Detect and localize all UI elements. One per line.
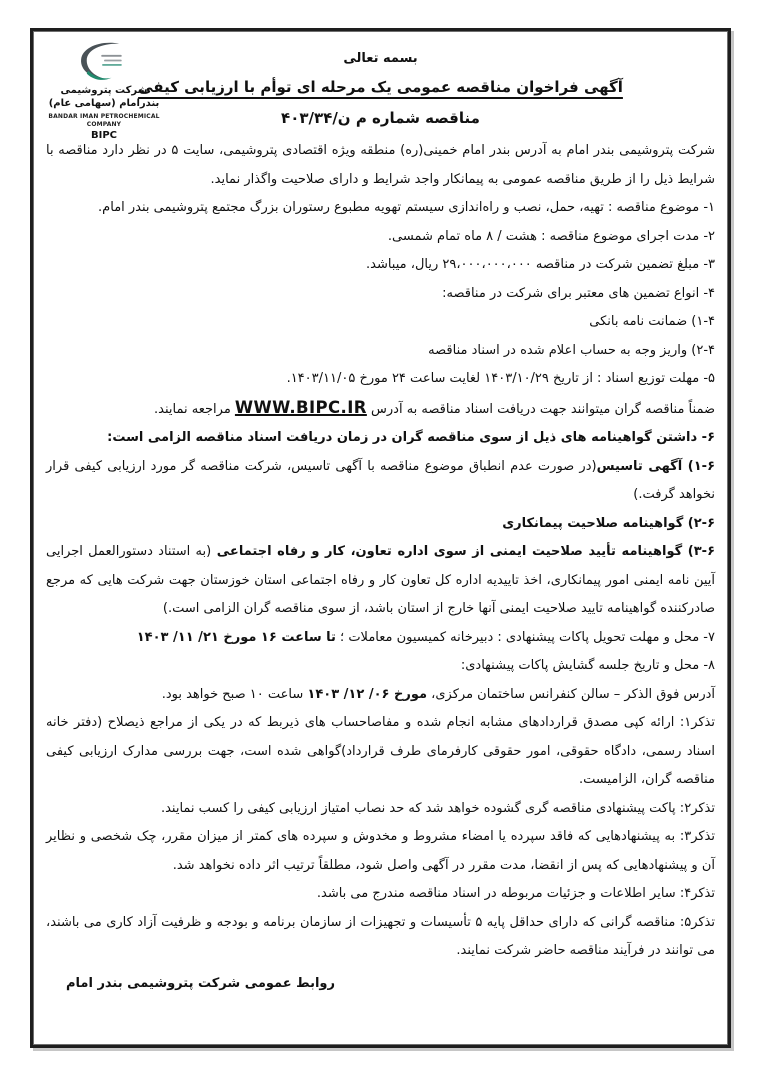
note-2: تذکر۲: پاکت پیشنهادی مناقصه گری گشوده خو…	[46, 795, 715, 824]
item-7-deadline: تا ساعت ۱۶ مورخ ۲۱/ ۱۱/ ۱۴۰۳	[137, 630, 336, 645]
page-content: شرکت پتروشیمی بندرامام (سهامی عام) BANDA…	[33, 31, 728, 1045]
sub-item-6-2: ۲-۶) گواهینامه صلاحیت پیمانکاری	[46, 510, 715, 539]
item-7-text: ۷- محل و مهلت تحویل پاکات پیشنهادی : دبی…	[336, 630, 715, 645]
note-3: تذکر۳: به پیشنهادهایی که فاقد سپرده یا ا…	[46, 823, 715, 880]
bipc-swoosh-icon	[76, 39, 132, 82]
sub-item-6-3-label: ۳-۶) گواهینامه تأیید صلاحیت ایمنی از سوی…	[211, 544, 715, 559]
page-title-text: آگهی فراخوان مناقصه عمومی یک مرحله ای تو…	[138, 78, 623, 96]
item-2: ۲- مدت اجرای موضوع مناقصه : هشت / ۸ ماه …	[46, 223, 715, 252]
item-5: ۵- مهلت توزیع اسناد : از تاریخ ۱۴۰۳/۱۰/۲…	[46, 365, 715, 394]
note-4: تذکر۴: سایر اطلاعات و جزئیات مربوطه در ا…	[46, 880, 715, 909]
item-8-address: آدرس فوق الذکر – سالن کنفرانس ساختمان مر…	[46, 681, 715, 710]
item-4: ۴- انواع تضمین های معتبر برای شرکت در من…	[46, 280, 715, 309]
bipc-logo: شرکت پتروشیمی بندرامام (سهامی عام) BANDA…	[40, 39, 168, 142]
website-note: ضمناً مناقصه گران میتوانند جهت دریافت اس…	[46, 394, 715, 425]
item-8-address-time: ساعت ۱۰ صبح خواهد بود.	[162, 687, 308, 702]
website-note-pre: ضمناً مناقصه گران میتوانند جهت دریافت اس…	[367, 402, 715, 417]
sub-item-6-3: ۳-۶) گواهینامه تأیید صلاحیت ایمنی از سوی…	[46, 538, 715, 624]
sub-item-6-1-label: ۱-۶) آگهی تاسیس	[597, 459, 715, 474]
item-8-address-date: مورخ ۰۶/ ۱۲/ ۱۴۰۳	[307, 687, 427, 702]
logo-company-name-en: BANDAR IMAN PETROCHEMICAL COMPANY	[40, 113, 168, 129]
page-frame: شرکت پتروشیمی بندرامام (سهامی عام) BANDA…	[30, 28, 731, 1048]
item-6: ۶- داشتن گواهینامه های ذیل از سوی مناقصه…	[46, 424, 715, 453]
intro-paragraph: شرکت پتروشیمی بندر امام به آدرس بندر اما…	[46, 137, 715, 194]
sub-item-4-2: ۲-۴) واریز وجه به حساب اعلام شده در اسنا…	[46, 337, 715, 366]
website-note-post: مراجعه نمایند.	[154, 402, 235, 417]
item-8: ۸- محل و تاریخ جلسه گشایش پاکات پیشنهادی…	[46, 652, 715, 681]
sub-item-4-1: ۱-۴) ضمانت نامه بانکی	[46, 308, 715, 337]
signature: روابط عمومی شرکت پتروشیمی بندر امام	[46, 970, 715, 999]
note-5: تذکر۵: مناقصه گرانی که دارای حداقل پایه …	[46, 909, 715, 966]
document-body: شرکت پتروشیمی بندر امام به آدرس بندر اما…	[46, 137, 715, 998]
item-7: ۷- محل و مهلت تحویل پاکات پیشنهادی : دبی…	[46, 624, 715, 653]
item-8-address-text: آدرس فوق الذکر – سالن کنفرانس ساختمان مر…	[427, 687, 715, 702]
sub-item-6-1: ۱-۶) آگهی تاسیس(در صورت عدم انطباق موضوع…	[46, 453, 715, 510]
item-1: ۱- موضوع مناقصه : تهیه، حمل، نصب و راه‌ا…	[46, 194, 715, 223]
website-link[interactable]: WWW.BIPC.IR	[235, 398, 367, 417]
logo-abbr: BIPC	[40, 130, 168, 142]
item-3: ۳- مبلغ تضمین شرکت در مناقصه ۲۹،۰۰۰،۰۰۰،…	[46, 251, 715, 280]
logo-company-name-fa: شرکت پتروشیمی بندرامام (سهامی عام)	[40, 84, 168, 110]
note-1: تذکر۱: ارائه کپی مصدق قراردادهای مشابه ا…	[46, 709, 715, 795]
